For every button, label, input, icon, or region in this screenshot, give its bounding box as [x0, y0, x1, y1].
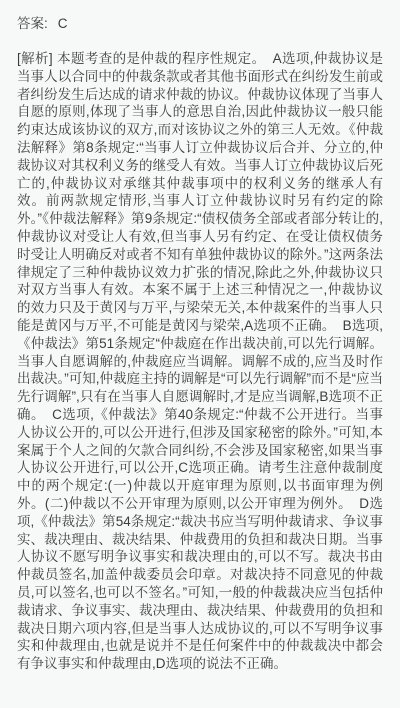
answer-line: 答案:C	[17, 15, 383, 33]
analysis-label: [解析]	[17, 51, 53, 66]
analysis-text: 本题考查的是仲裁的程序性规定。 A选项,仲裁协议是当事人以合同中的仲裁条款或者其…	[17, 51, 383, 671]
answer-analysis-page: 答案:C [解析]本题考查的是仲裁的程序性规定。 A选项,仲裁协议是当事人以合同…	[0, 0, 400, 708]
answer-label: 答案:	[17, 16, 48, 31]
answer-value: C	[58, 16, 68, 31]
analysis-paragraph: [解析]本题考查的是仲裁的程序性规定。 A选项,仲裁协议是当事人以合同中的仲裁条…	[17, 50, 383, 673]
